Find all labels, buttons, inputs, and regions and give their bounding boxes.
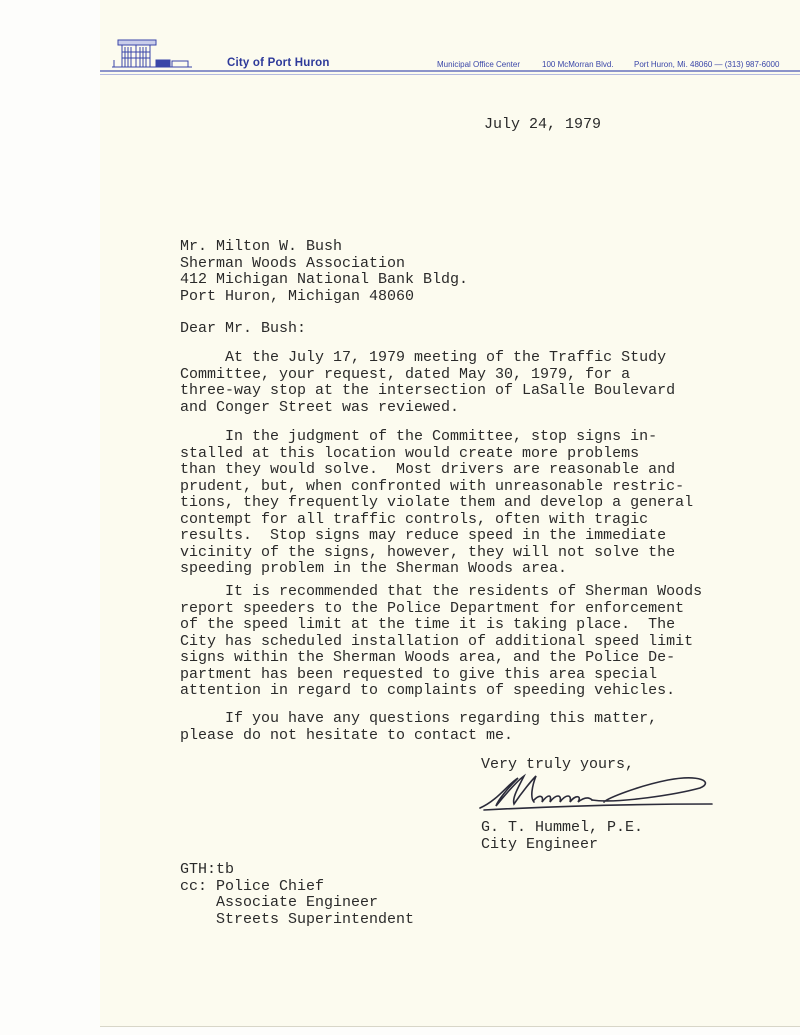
paragraph-line: tions, they frequently violate them and … [180,495,693,512]
paragraph-line: signs within the Sherman Woods area, and… [180,650,675,667]
paragraph-line: prudent, but, when confronted with unrea… [180,479,684,496]
paragraph-line: report speeders to the Police Department… [180,601,684,618]
letterhead-office: Municipal Office Center [437,60,520,69]
letterhead-title: City of Port Huron [227,57,330,69]
recipient-address: 412 Michigan National Bank Bldg. [180,272,468,289]
paragraph-line: Committee, your request, dated May 30, 1… [180,367,630,384]
recipient-city: Port Huron, Michigan 48060 [180,289,414,306]
paragraph-line: vicinity of the signs, however, they wil… [180,545,675,562]
paragraph-line: speeding problem in the Sherman Woods ar… [180,561,567,578]
paragraph-line: In the judgment of the Committee, stop s… [180,429,657,446]
cc-line-1: cc: Police Chief [180,879,324,896]
paragraph-line: results. Stop signs may reduce speed in … [180,528,666,545]
letter-date: July 24, 1979 [484,117,601,134]
cc-line-3: Streets Superintendent [180,912,414,929]
paragraph-line: three-way stop at the intersection of La… [180,383,675,400]
paragraph-line: It is recommended that the residents of … [180,584,702,601]
paragraph-line: stalled at this location would create mo… [180,446,639,463]
paragraph-line: City has scheduled installation of addit… [180,634,693,651]
paragraph-line: than they would solve. Most drivers are … [180,462,675,479]
city-hall-building-icon [112,38,192,70]
paragraph-line: contempt for all traffic controls, often… [180,512,648,529]
letterhead-city-phone: Port Huron, Mi. 48060 — (313) 987-6000 [634,60,779,69]
paragraph-line: and Conger Street was reviewed. [180,400,459,417]
salutation: Dear Mr. Bush: [180,321,306,338]
paragraph-line: At the July 17, 1979 meeting of the Traf… [180,350,666,367]
recipient-org: Sherman Woods Association [180,256,405,273]
paragraph-line: of the speed limit at the time it is tak… [180,617,675,634]
recipient-name: Mr. Milton W. Bush [180,239,342,256]
letterhead-street: 100 McMorran Blvd. [542,60,614,69]
paragraph-line: attention in regard to complaints of spe… [180,683,675,700]
paragraph-line: If you have any questions regarding this… [180,711,657,728]
signature-icon [478,770,718,815]
paragraph-line: please do not hesitate to contact me. [180,728,513,745]
letterhead-rule-2 [100,74,800,75]
cc-line-2: Associate Engineer [180,895,378,912]
signer-title: City Engineer [481,837,598,854]
signer-name: G. T. Hummel, P.E. [481,820,643,837]
letterhead-rule [100,70,800,72]
reference-initials: GTH:tb [180,862,234,879]
paragraph-line: partment has been requested to give this… [180,667,657,684]
